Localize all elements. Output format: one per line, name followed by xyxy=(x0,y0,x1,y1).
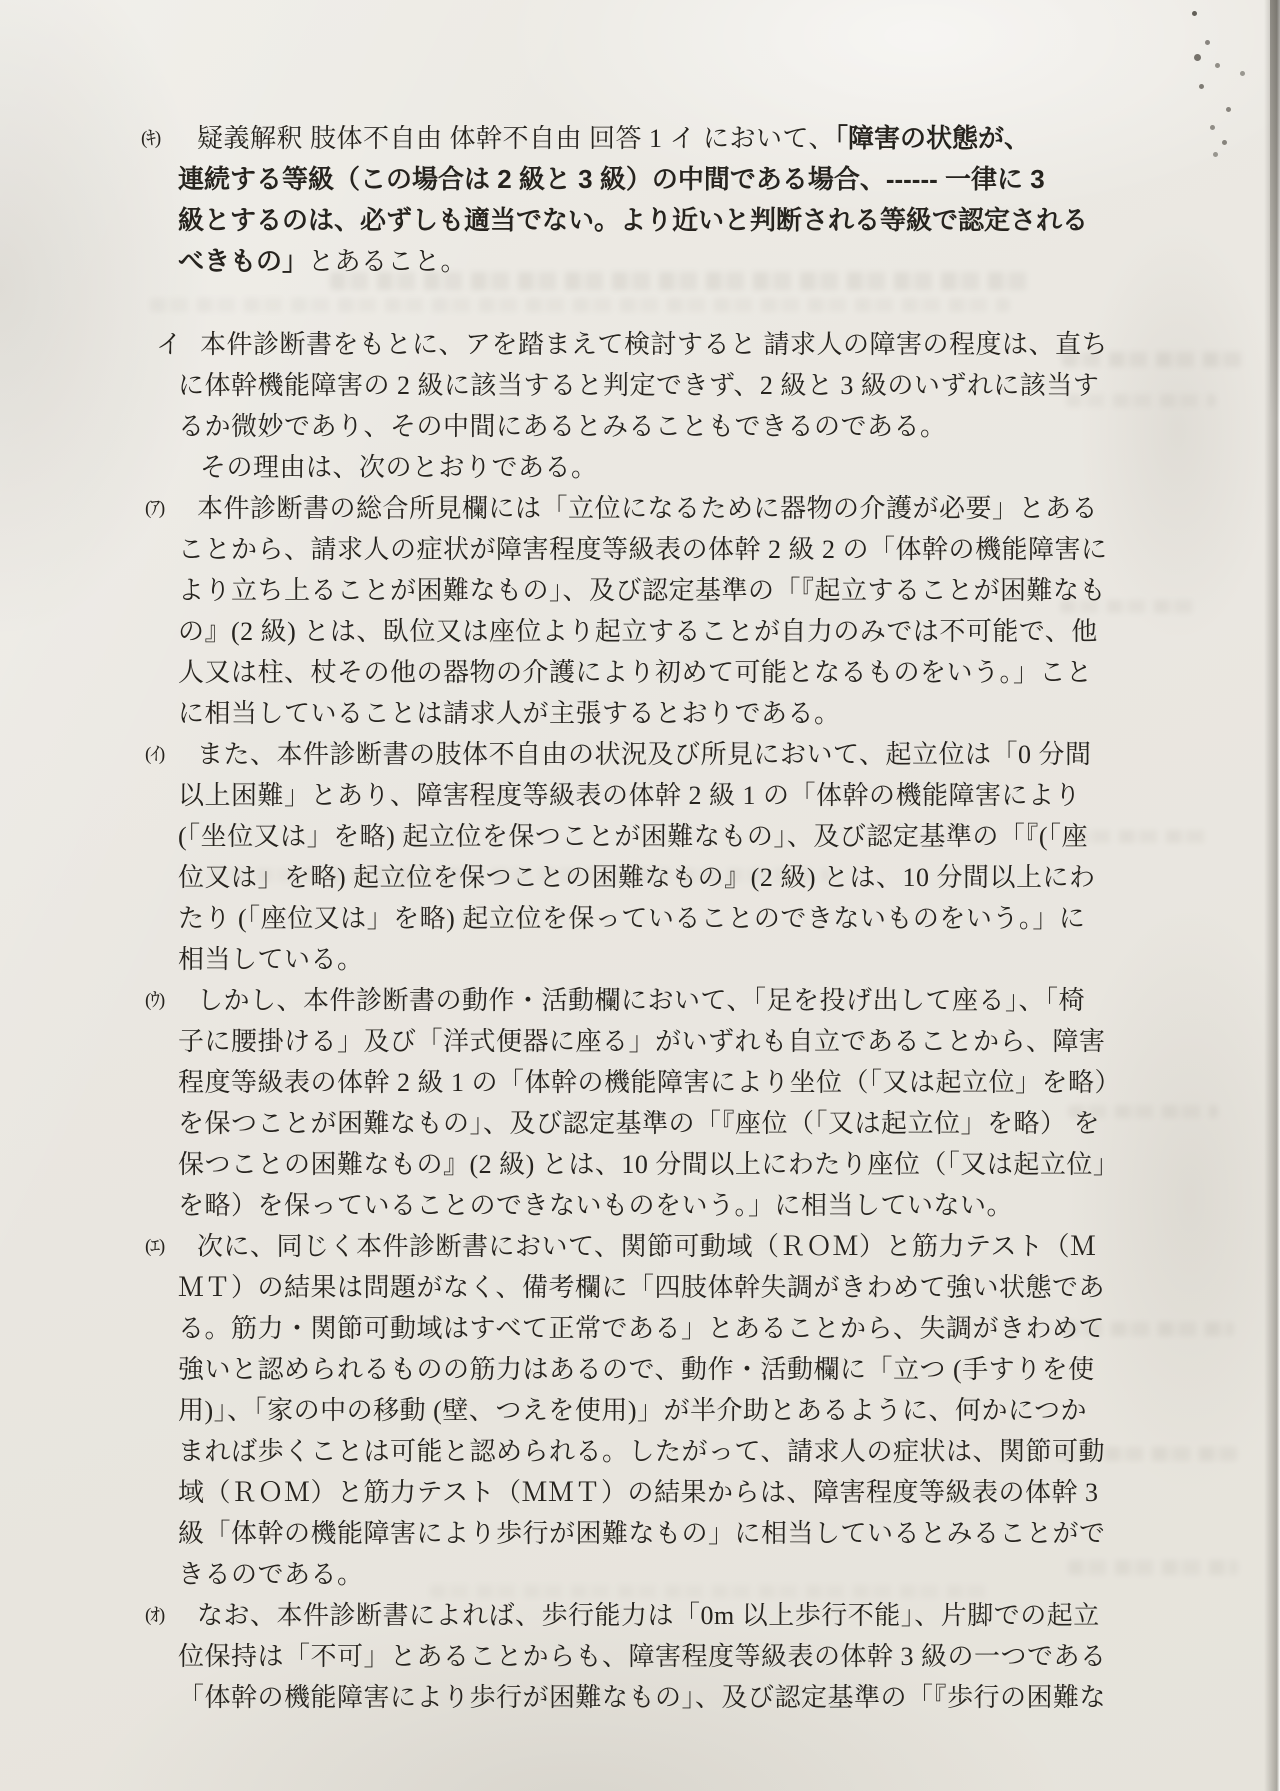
body-text: より立ち上ることが困難なもの」、及び認定基準の「『起立することが困難なも xyxy=(178,576,1106,605)
body-text: 級「体幹の機能障害により歩行が困難なもの」に相当しているとみることがで xyxy=(178,1519,1106,1548)
text-line: 程度等級表の体幹 2 級 1 の「体幹の機能障害により坐位（「又は起立位」を略） xyxy=(0,1062,1280,1103)
item-marker-a: (ｱ) xyxy=(145,495,164,523)
text-line: 「体幹の機能障害により歩行が困難なもの」、及び認定基準の「『歩行の困難な xyxy=(0,1677,1280,1718)
staple-mark-specks xyxy=(0,0,3,3)
body-text: るか微妙であり、その中間にあるとみることもできるのである。 xyxy=(178,412,947,441)
body-text: 子に腰掛ける」及び「洋式便器に座る」がいずれも自立であることから、障害 xyxy=(178,1027,1106,1056)
body-text: に相当していることは請求人が主張するとおりである。 xyxy=(178,699,841,728)
body-text: 相当している。 xyxy=(178,945,364,974)
text-line: るか微妙であり、その中間にあるとみることもできるのである。 xyxy=(0,406,1280,447)
emphasized-text: 「障害の状態が、 xyxy=(835,123,1030,153)
body-text: ことから、請求人の症状が障害程度等級表の体幹 2 級 2 の「体幹の機能障害に xyxy=(178,535,1108,564)
document-body: (ｷ)疑義解釈 肢体不自由 体幹不自由 回答 1 イ において、「障害の状態が、… xyxy=(0,118,1280,1718)
body-text: 本件診断書の総合所見欄には「立位になるために器物の介護が必要」とある xyxy=(197,494,1098,523)
text-line: たり (「座位又は」を略) 起立位を保っていることのできないものをいう。」に xyxy=(0,898,1280,939)
text-line: に体幹機能障害の 2 級に該当すると判定できず、2 級と 3 級のいずれに該当す xyxy=(0,365,1280,406)
text-line: また、本件診断書の肢体不自由の状況及び所見において、起立位は「0 分間 xyxy=(0,734,1280,775)
body-text: 程度等級表の体幹 2 級 1 の「体幹の機能障害により坐位（「又は起立位」を略） xyxy=(178,1068,1121,1097)
text-line: の』(2 級) とは、臥位又は座位より起立することが自力のみでは不可能で、他 xyxy=(0,611,1280,652)
paragraph-e: (ｴ)次に、同じく本件診断書において、関節可動域（ＲＯＭ）と筋力テスト（ＭＭＴ）… xyxy=(0,1226,1280,1595)
text-line: を保つことが困難なもの」、及び認定基準の「『座位（「又は起立位」を略） を xyxy=(0,1103,1280,1144)
item-marker-i: イ xyxy=(156,324,182,365)
body-text: 位保持は「不可」とあることからも、障害程度等級表の体幹 3 級の一つである xyxy=(178,1642,1107,1671)
text-line: ＭＴ）の結果は問題がなく、備考欄に「四肢体幹失調がきわめて強い状態であ xyxy=(0,1267,1280,1308)
body-text: 域（ＲＯＭ）と筋力テスト（ＭＭＴ）の結果からは、障害程度等級表の体幹 3 xyxy=(178,1478,1098,1507)
text-line: 連続する等級（この場合は 2 級と 3 級）の中間である場合、------ 一律… xyxy=(0,159,1280,200)
body-text: 強いと認められるものの筋力はあるので、動作・活動欄に「立つ (手すりを使 xyxy=(178,1355,1095,1384)
text-line: 位又は」を略) 起立位を保つことの困難なもの』(2 級) とは、10 分間以上に… xyxy=(0,857,1280,898)
text-line: 次に、同じく本件診断書において、関節可動域（ＲＯＭ）と筋力テスト（Ｍ xyxy=(0,1226,1280,1267)
body-text: ＭＴ）の結果は問題がなく、備考欄に「四肢体幹失調がきわめて強い状態であ xyxy=(178,1273,1105,1302)
text-line: 域（ＲＯＭ）と筋力テスト（ＭＭＴ）の結果からは、障害程度等級表の体幹 3 xyxy=(0,1472,1280,1513)
paragraph-reason: その理由は、次のとおりである。 xyxy=(0,447,1280,488)
text-line: 本件診断書の総合所見欄には「立位になるために器物の介護が必要」とある xyxy=(0,488,1280,529)
paragraph-o: (ｵ)なお、本件診断書によれば、歩行能力は「0m 以上歩行不能」、片脚での起立位… xyxy=(0,1595,1280,1718)
body-text: 人又は柱、杖その他の器物の介護により初めて可能となるものをいう。」こと xyxy=(178,658,1093,687)
scanned-page: (ｷ)疑義解釈 肢体不自由 体幹不自由 回答 1 イ において、「障害の状態が、… xyxy=(0,0,1280,1791)
body-text: しかし、本件診断書の動作・活動欄において、「足を投げ出して座る」、「椅 xyxy=(197,986,1085,1015)
body-text: とあること。 xyxy=(308,247,467,276)
body-text: きるのである。 xyxy=(178,1560,364,1589)
body-text: る。筋力・関節可動域はすべて正常である」とあることから、失調がきわめて xyxy=(178,1314,1105,1343)
paragraph-u: (ｳ)しかし、本件診断書の動作・活動欄において、「足を投げ出して座る」、「椅子に… xyxy=(0,980,1280,1226)
body-text: 以上困難」とあり、障害程度等級表の体幹 2 級 1 の「体幹の機能障害により xyxy=(178,781,1081,810)
body-text: 本件診断書をもとに、アを踏まえて検討すると 請求人の障害の程度は、直ち xyxy=(200,330,1108,359)
text-line: 子に腰掛ける」及び「洋式便器に座る」がいずれも自立であることから、障害 xyxy=(0,1021,1280,1062)
text-line: (「坐位又は」を略) 起立位を保つことが困難なもの」、及び認定基準の「『(「座 xyxy=(0,816,1280,857)
paragraph-i: イ本件診断書をもとに、アを踏まえて検討すると 請求人の障害の程度は、直ちに体幹機… xyxy=(0,324,1280,447)
text-line: 保つことの困難なもの』(2 級) とは、10 分間以上にわたり座位（「又は起立位… xyxy=(0,1144,1280,1185)
body-text: 「体幹の機能障害により歩行が困難なもの」、及び認定基準の「『歩行の困難な xyxy=(178,1683,1106,1712)
body-text: 保つことの困難なもの』(2 級) とは、10 分間以上にわたり座位（「又は起立位… xyxy=(178,1150,1119,1179)
body-text: 位又は」を略) 起立位を保つことの困難なもの』(2 級) とは、10 分間以上に… xyxy=(178,863,1095,892)
text-line: を略）を保っていることのできないものをいう。」に相当していない。 xyxy=(0,1185,1280,1226)
body-text: なお、本件診断書によれば、歩行能力は「0m 以上歩行不能」、片脚での起立 xyxy=(197,1601,1100,1630)
text-line: その理由は、次のとおりである。 xyxy=(0,447,1280,488)
text-line: 級とするのは、必ずしも適当でない。より近いと判断される等級で認定される xyxy=(0,200,1280,241)
text-line: 用)」、「家の中の移動 (壁、つえを使用)」が半介助とあるように、何かにつか xyxy=(0,1390,1280,1431)
body-text: 次に、同じく本件診断書において、関節可動域（ＲＯＭ）と筋力テスト（Ｍ xyxy=(197,1232,1096,1261)
body-text: また、本件診断書の肢体不自由の状況及び所見において、起立位は「0 分間 xyxy=(197,740,1091,769)
item-marker-ki: (ｷ) xyxy=(141,125,160,153)
body-text: その理由は、次のとおりである。 xyxy=(200,453,598,482)
body-text: に体幹機能障害の 2 級に該当すると判定できず、2 級と 3 級のいずれに該当す xyxy=(178,371,1099,400)
item-marker-i2: (ｲ) xyxy=(145,741,164,769)
item-marker-o: (ｵ) xyxy=(145,1602,164,1630)
text-line: 級「体幹の機能障害により歩行が困難なもの」に相当しているとみることがで xyxy=(0,1513,1280,1554)
emphasized-text: 連続する等級（この場合は 2 級と 3 級）の中間である場合、------ 一律… xyxy=(178,164,1045,194)
text-line: まれば歩くことは可能と認められる。したがって、請求人の症状は、関節可動 xyxy=(0,1431,1280,1472)
body-text: を略）を保っていることのできないものをいう。」に相当していない。 xyxy=(178,1191,1013,1220)
text-line: に相当していることは請求人が主張するとおりである。 xyxy=(0,693,1280,734)
body-text: を保つことが困難なもの」、及び認定基準の「『座位（「又は起立位」を略） を xyxy=(178,1109,1100,1138)
text-line: 本件診断書をもとに、アを踏まえて検討すると 請求人の障害の程度は、直ち xyxy=(0,324,1280,365)
text-line: 強いと認められるものの筋力はあるので、動作・活動欄に「立つ (手すりを使 xyxy=(0,1349,1280,1390)
emphasized-text: べきもの」 xyxy=(178,246,308,276)
emphasized-text: 級とするのは、必ずしも適当でない。より近いと判断される等級で認定される xyxy=(178,205,1088,235)
text-line: 疑義解釈 肢体不自由 体幹不自由 回答 1 イ において、「障害の状態が、 xyxy=(0,118,1280,159)
body-text: たり (「座位又は」を略) 起立位を保っていることのできないものをいう。」に xyxy=(178,904,1085,933)
paragraph-ki: (ｷ)疑義解釈 肢体不自由 体幹不自由 回答 1 イ において、「障害の状態が、… xyxy=(0,118,1280,282)
text-line: 位保持は「不可」とあることからも、障害程度等級表の体幹 3 級の一つである xyxy=(0,1636,1280,1677)
text-line: べきもの」とあること。 xyxy=(0,241,1280,282)
body-text: 用)」、「家の中の移動 (壁、つえを使用)」が半介助とあるように、何かにつか xyxy=(178,1396,1087,1425)
text-line: 以上困難」とあり、障害程度等級表の体幹 2 級 1 の「体幹の機能障害により xyxy=(0,775,1280,816)
body-text: まれば歩くことは可能と認められる。したがって、請求人の症状は、関節可動 xyxy=(178,1437,1105,1466)
text-line: より立ち上ることが困難なもの」、及び認定基準の「『起立することが困難なも xyxy=(0,570,1280,611)
item-marker-u: (ｳ) xyxy=(145,987,164,1015)
body-text: (「坐位又は」を略) 起立位を保つことが困難なもの」、及び認定基準の「『(「座 xyxy=(178,822,1088,851)
text-line: 相当している。 xyxy=(0,939,1280,980)
text-line: 人又は柱、杖その他の器物の介護により初めて可能となるものをいう。」こと xyxy=(0,652,1280,693)
body-text: の』(2 級) とは、臥位又は座位より起立することが自力のみでは不可能で、他 xyxy=(178,617,1098,646)
text-line: る。筋力・関節可動域はすべて正常である」とあることから、失調がきわめて xyxy=(0,1308,1280,1349)
item-marker-e: (ｴ) xyxy=(145,1233,164,1261)
text-line: しかし、本件診断書の動作・活動欄において、「足を投げ出して座る」、「椅 xyxy=(0,980,1280,1021)
body-text: 疑義解釈 肢体不自由 体幹不自由 回答 1 イ において、 xyxy=(197,124,835,153)
text-line: きるのである。 xyxy=(0,1554,1280,1595)
text-line: なお、本件診断書によれば、歩行能力は「0m 以上歩行不能」、片脚での起立 xyxy=(0,1595,1280,1636)
text-line: ことから、請求人の症状が障害程度等級表の体幹 2 級 2 の「体幹の機能障害に xyxy=(0,529,1280,570)
paragraph-i2: (ｲ)また、本件診断書の肢体不自由の状況及び所見において、起立位は「0 分間以上… xyxy=(0,734,1280,980)
paragraph-a: (ｱ)本件診断書の総合所見欄には「立位になるために器物の介護が必要」とあることか… xyxy=(0,488,1280,734)
